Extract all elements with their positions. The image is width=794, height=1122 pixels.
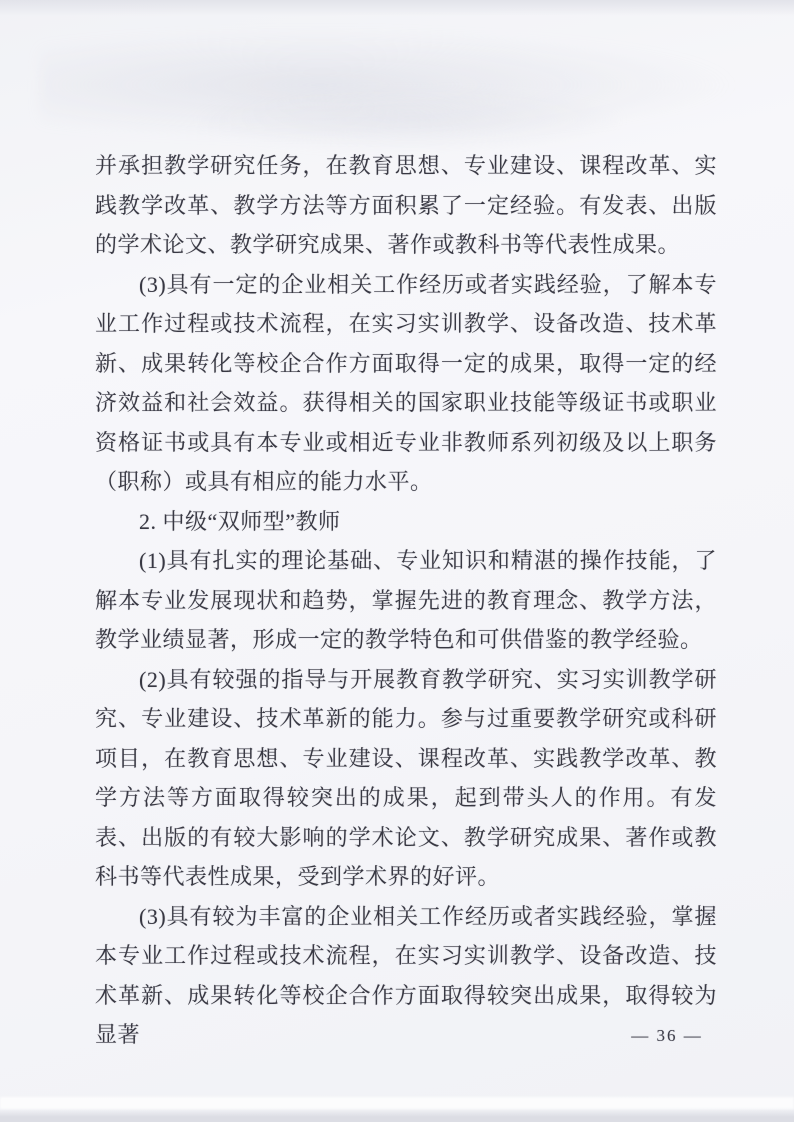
heading-section-2-mid-level: 2. 中级“双师型”教师 [95, 502, 717, 542]
paragraph-item-2: (2)具有较强的指导与开展教育教学研究、实习实训教学研究、专业建设、技术革新的能… [95, 660, 717, 897]
scan-artifact-bottom-highlight [0, 1097, 794, 1109]
paragraph-item-3-junior: (3)具有一定的企业相关工作经历或者实践经验，了解本专业工作过程或技术流程，在实… [95, 265, 717, 502]
page-number: — 36 — [602, 1026, 732, 1046]
scan-artifact-bottom-band [0, 1109, 794, 1122]
document-body: 并承担教学研究任务，在教育思想、专业建设、课程改革、实践教学改革、教学方法等方面… [95, 146, 717, 1055]
paragraph-item-1: (1)具有扎实的理论基础、专业知识和精湛的操作技能，了解本专业发展现状和趋势，掌… [95, 541, 717, 660]
scan-artifact-top-band [0, 0, 794, 16]
scan-artifact-ghost-text [200, 90, 620, 150]
document-page: 并承担教学研究任务，在教育思想、专业建设、课程改革、实践教学改革、教学方法等方面… [0, 0, 794, 1122]
paragraph-continuation: 并承担教学研究任务，在教育思想、专业建设、课程改革、实践教学改革、教学方法等方面… [95, 146, 717, 265]
